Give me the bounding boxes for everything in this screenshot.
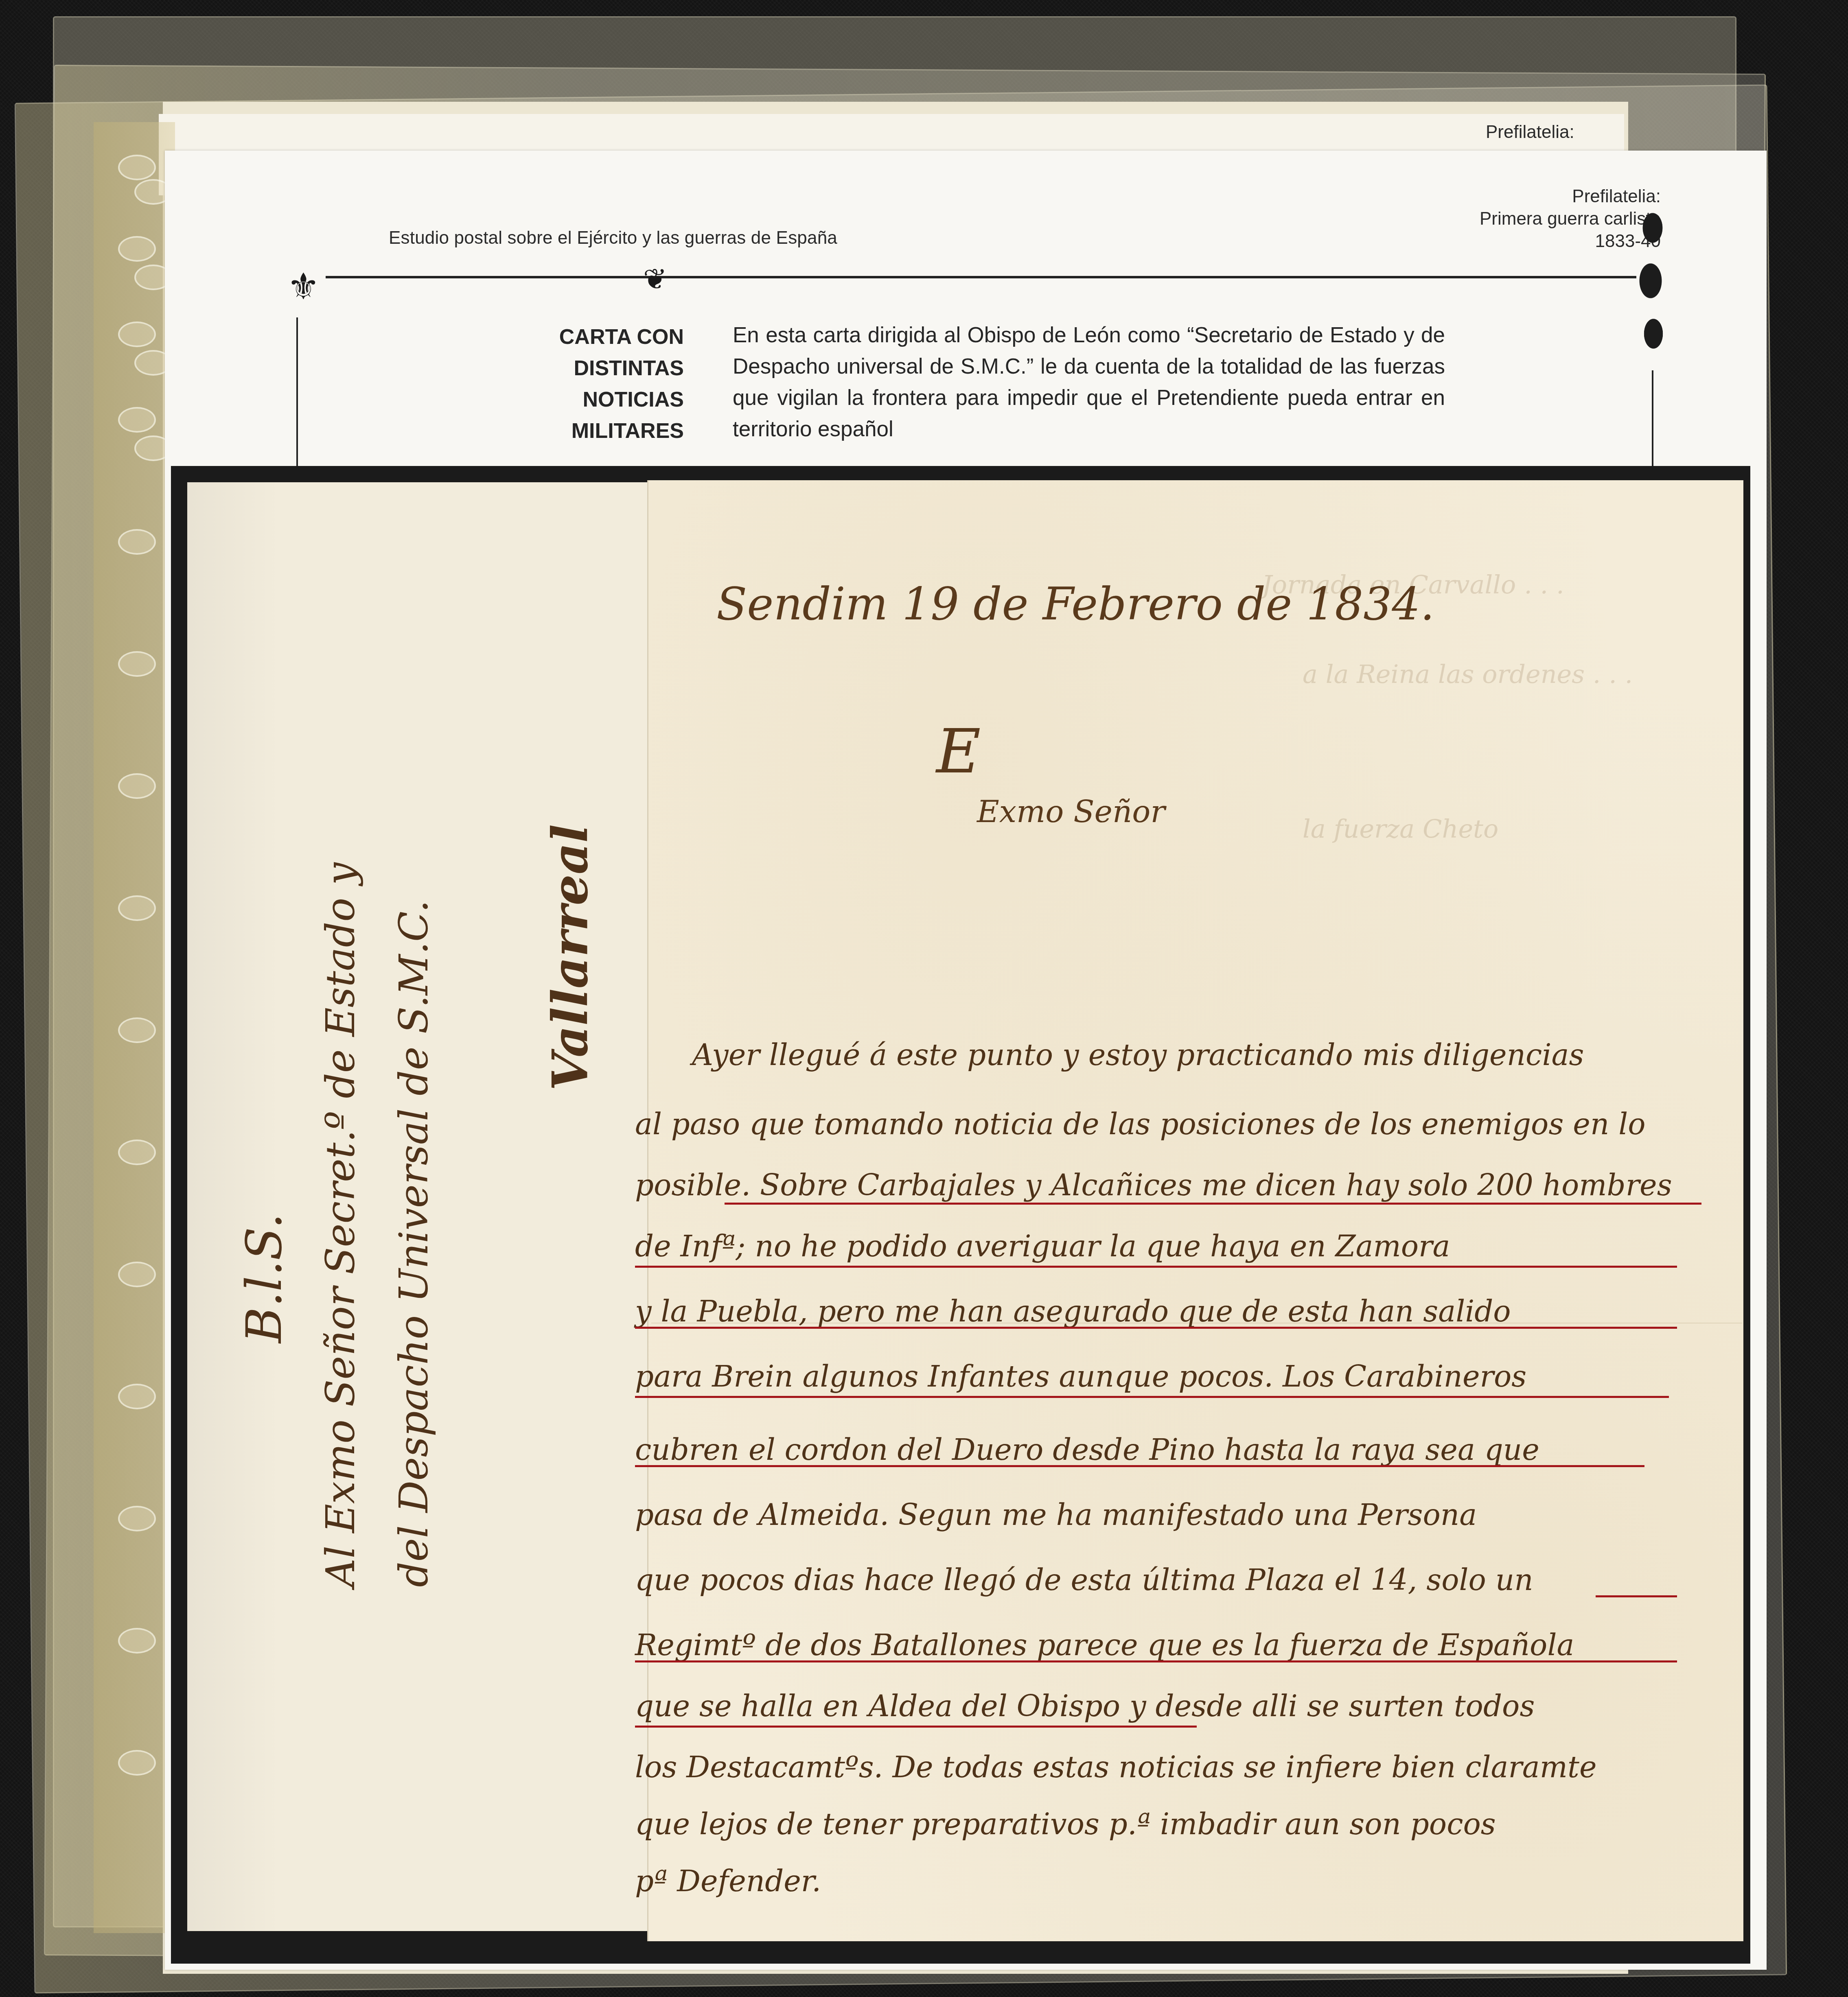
letter-line: Regimtº de dos Batallones parece que es … (635, 1628, 1574, 1662)
binder-hole (118, 322, 156, 347)
section-label-line: DISTINTAS (448, 353, 684, 384)
griffin-shape (1628, 195, 1677, 370)
salutation-initial: E (936, 716, 981, 787)
item-description: En esta carta dirigida al Obispo de León… (733, 319, 1445, 445)
scroll-ornament-icon: ⚜ (287, 269, 320, 305)
red-underline (635, 1327, 1677, 1329)
letter-salutation: Exmo Señor (977, 794, 1165, 829)
binder-hole (118, 1750, 156, 1776)
binder-hole (118, 1506, 156, 1531)
binder-hole (118, 1628, 156, 1654)
section-label-line: NOTICIAS (448, 384, 684, 416)
binder-hole (118, 236, 156, 262)
letter-line: que lejos de tener preparativos p.ª imba… (635, 1807, 1496, 1841)
letter-line: de Infª; no he podido averiguar la que h… (635, 1229, 1450, 1263)
left-ornament: ⚜ (291, 269, 303, 480)
cover-abbrev: B.l.S. (236, 1213, 293, 1343)
binder-hole (118, 1384, 156, 1409)
section-label: CARTA CON DISTINTAS NOTICIAS MILITARES (448, 322, 684, 447)
album-header-title: Estudio postal sobre el Ejército y las g… (389, 228, 837, 248)
letter-line: posible. Sobre Carbajales y Alcañices me… (635, 1168, 1672, 1202)
binder-hole (118, 1017, 156, 1043)
letter-line: que pocos dias hace llegó de esta última… (635, 1563, 1533, 1597)
red-underline (635, 1266, 1677, 1268)
background-sheet-label: Prefilatelia: (1486, 122, 1574, 142)
letter-line: pª Defender. (635, 1864, 821, 1898)
red-underline (725, 1203, 1701, 1205)
cover-address-line1: Al Exmo Señor Secret.º de Estado y (317, 862, 364, 1587)
binder-hole (118, 529, 156, 555)
letter-line: y la Puebla, pero me han asegurado que d… (635, 1294, 1511, 1328)
rule-ornament-icon: ❦ (643, 262, 667, 296)
binder-hole (118, 1140, 156, 1165)
griffin-ornament-icon (1628, 195, 1677, 480)
cover-signature: Vallarreal (541, 824, 599, 1091)
letter-line: los Destacamtºs. De todas estas noticias… (635, 1750, 1597, 1784)
binder-holes-strip (94, 122, 175, 1933)
bleed-through-text: la fuerza Cheto (1303, 814, 1498, 844)
letter-line: pasa de Almeida. Segun me ha manifestado… (635, 1498, 1477, 1532)
letter-date-line: Sendim 19 de Febrero de 1834. (716, 578, 1434, 630)
section-label-line: CARTA CON (448, 322, 684, 353)
letter-line: para Brein algunos Infantes aunque pocos… (635, 1359, 1526, 1393)
letter-line: Ayer llegué á este punto y estoy practic… (692, 1038, 1584, 1072)
red-underline (1596, 1595, 1677, 1597)
letter-line: que se halla en Aldea del Obispo y desde… (635, 1689, 1535, 1723)
binder-hole (118, 773, 156, 799)
binder-hole (118, 155, 156, 180)
binder-hole (118, 895, 156, 921)
binder-hole (118, 407, 156, 433)
bleed-through-text: a la Reina las ordenes . . . (1303, 659, 1633, 689)
red-underline (635, 1396, 1669, 1398)
header-rule (326, 276, 1636, 278)
ornament-bar (296, 317, 298, 480)
binder-hole (118, 651, 156, 677)
section-label-line: MILITARES (448, 416, 684, 447)
binder-hole (118, 1262, 156, 1287)
letter-line: al paso que tomando noticia de las posic… (635, 1107, 1646, 1141)
red-underline (635, 1726, 1197, 1728)
red-underline (635, 1465, 1644, 1467)
cover-address-line2: del Despacho Universal de S.M.C. (391, 900, 437, 1587)
letter-line: cubren el cordon del Duero desde Pino ha… (635, 1433, 1539, 1467)
red-underline (635, 1660, 1677, 1662)
